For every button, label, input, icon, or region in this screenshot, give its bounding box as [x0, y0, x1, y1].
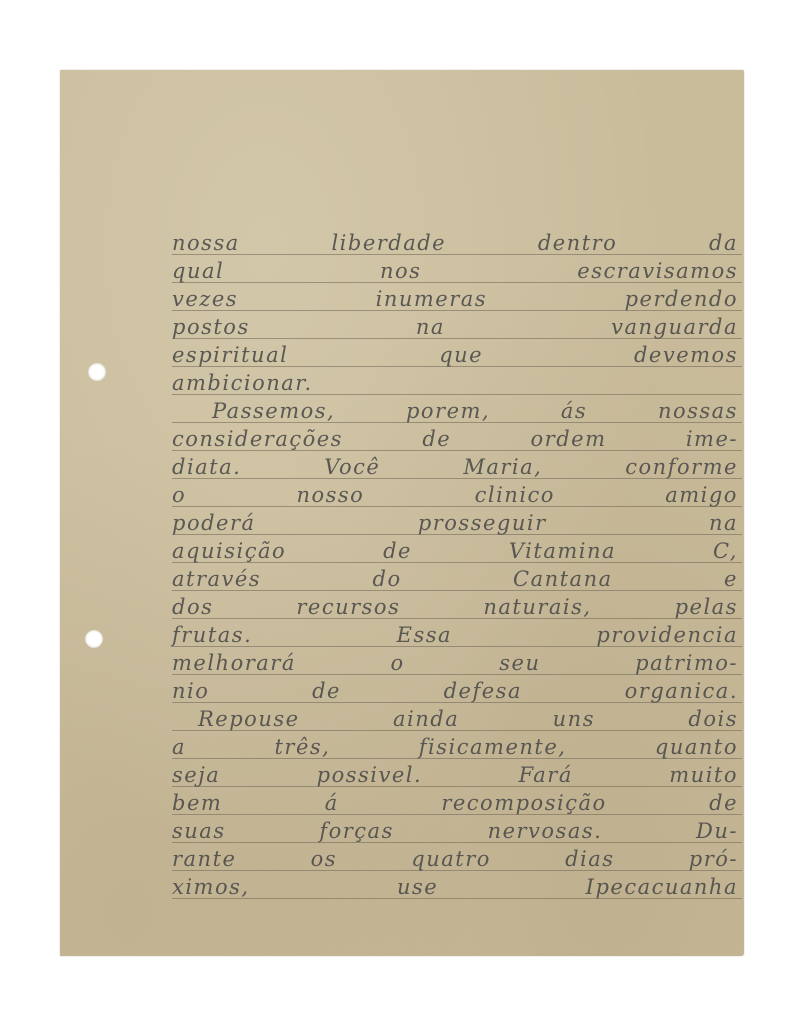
handwritten-word: Du- [696, 817, 738, 845]
handwritten-word: diata. [172, 453, 241, 481]
handwritten-word: nossa [172, 229, 240, 257]
handwritten-word: pelas [675, 593, 738, 621]
handwritten-word: Repouse [198, 705, 300, 733]
handwritten-line: atrês,fisicamente,quanto [172, 733, 742, 761]
handwritten-line: Passemos,porem,ásnossas [172, 397, 742, 425]
handwritten-word: use [397, 873, 438, 901]
handwritten-line: frutas.Essaprovidencia [172, 621, 742, 649]
handwritten-word: Essa [397, 621, 452, 649]
handwritten-word: uns [553, 705, 595, 733]
handwritten-line: atravésdoCantanae [172, 565, 742, 593]
handwritten-word: forças [319, 817, 394, 845]
handwritten-line: suasforçasnervosas.Du- [172, 817, 742, 845]
handwritten-line: ximos,useIpecacuanha [172, 873, 742, 901]
handwritten-word: possivel. [317, 761, 423, 789]
handwritten-word: muito [669, 761, 738, 789]
handwritten-word: Maria, [463, 453, 542, 481]
handwritten-word: da [709, 229, 738, 257]
handwritten-word: na [416, 313, 445, 341]
handwritten-word: ainda [393, 705, 459, 733]
handwritten-word: através [172, 565, 261, 593]
punch-hole-top [88, 363, 106, 381]
handwritten-word: prosseguir [418, 509, 547, 537]
handwritten-word: espiritual [172, 341, 288, 369]
handwritten-word: a [172, 733, 186, 761]
handwritten-word: Fará [519, 761, 573, 789]
handwritten-line: melhoraráoseupatrimo- [172, 649, 742, 677]
handwritten-word: ime- [686, 425, 738, 453]
handwritten-line: bemárecomposiçãode [172, 789, 742, 817]
handwritten-word: que [439, 341, 483, 369]
handwritten-word: clinico [475, 481, 555, 509]
handwritten-word: defesa [444, 677, 522, 705]
handwritten-word: providencia [596, 621, 738, 649]
handwritten-word: o [390, 649, 404, 677]
handwritten-line: sejapossivel.Farámuito [172, 761, 742, 789]
handwritten-word: nosso [296, 481, 364, 509]
handwritten-word: C, [713, 537, 738, 565]
handwritten-word: postos [172, 313, 250, 341]
handwritten-word: bem [172, 789, 222, 817]
handwritten-word: liberdade [331, 229, 446, 257]
handwritten-word: inumeras [376, 285, 487, 313]
handwritten-word: considerações [172, 425, 343, 453]
handwritten-word: de [422, 425, 451, 453]
handwritten-word: os [311, 845, 337, 873]
handwritten-word: do [373, 565, 402, 593]
handwritten-line: ambicionar. [172, 369, 742, 397]
handwritten-line: qualnosescravisamos [172, 257, 742, 285]
handwritten-word: qual [172, 257, 224, 285]
handwritten-word: ambicionar. [172, 369, 313, 397]
handwritten-word: de [383, 537, 412, 565]
handwritten-line: consideraçõesdeordemime- [172, 425, 742, 453]
handwritten-word: seu [499, 649, 540, 677]
handwritten-word: á [325, 789, 339, 817]
handwritten-line: poderáprosseguirna [172, 509, 742, 537]
handwritten-word: nervosas. [488, 817, 603, 845]
handwritten-word: na [709, 509, 738, 537]
handwritten-word: conforme [625, 453, 738, 481]
handwritten-word: ximos, [172, 873, 250, 901]
handwritten-word: vezes [172, 285, 238, 313]
handwritten-word: frutas. [172, 621, 252, 649]
handwritten-line: Repouseaindaunsdois [172, 705, 742, 733]
handwritten-word: porem, [406, 397, 490, 425]
handwritten-word: fisicamente, [419, 733, 567, 761]
handwritten-word: organica. [625, 677, 738, 705]
handwritten-word: recursos [296, 593, 400, 621]
handwritten-word: suas [172, 817, 226, 845]
handwritten-line: vezesinumerasperdendo [172, 285, 742, 313]
handwritten-word: nos [380, 257, 421, 285]
handwritten-word: dos [172, 593, 213, 621]
handwritten-word: Passemos, [212, 397, 335, 425]
handwritten-word: patrimo- [635, 649, 738, 677]
punch-hole-bottom [85, 630, 103, 648]
handwritten-word: e [724, 565, 738, 593]
handwritten-word: ordem [531, 425, 607, 453]
handwritten-word: devemos [634, 341, 738, 369]
handwritten-word: Cantana [513, 565, 613, 593]
handwritten-word: dois [688, 705, 738, 733]
handwritten-word: pró- [689, 845, 738, 873]
handwritten-line: espiritualquedevemos [172, 341, 742, 369]
handwritten-word: Vitamina [509, 537, 616, 565]
handwritten-word: perdendo [625, 285, 738, 313]
handwritten-line: dosrecursosnaturais,pelas [172, 593, 742, 621]
handwritten-word: quanto [655, 733, 738, 761]
handwritten-word: recomposição [441, 789, 606, 817]
handwritten-line: nossaliberdadedentroda [172, 229, 742, 257]
handwritten-word: Você [324, 453, 380, 481]
handwritten-line: postosnavanguarda [172, 313, 742, 341]
handwritten-line: diata.VocêMaria,conforme [172, 453, 742, 481]
handwritten-word: o [172, 481, 186, 509]
handwritten-line: aquisiçãodeVitaminaC, [172, 537, 742, 565]
handwritten-word: ás [561, 397, 587, 425]
handwritten-word: Ipecacuanha [586, 873, 738, 901]
handwritten-word: nio [172, 677, 209, 705]
handwritten-word: naturais, [483, 593, 591, 621]
handwritten-line: niodedefesaorganica. [172, 677, 742, 705]
handwritten-word: dentro [538, 229, 618, 257]
handwritten-word: de [709, 789, 738, 817]
handwritten-word: poderá [172, 509, 256, 537]
handwritten-word: nossas [658, 397, 738, 425]
handwritten-line: ranteosquatrodiaspró- [172, 845, 742, 873]
handwritten-line: onossoclinicoamigo [172, 481, 742, 509]
handwritten-word: rante [172, 845, 236, 873]
handwritten-word: seja [172, 761, 220, 789]
handwritten-word: vanguarda [611, 313, 738, 341]
handwritten-word: aquisição [172, 537, 286, 565]
handwritten-word: quatro [411, 845, 491, 873]
handwritten-word: melhorará [172, 649, 296, 677]
handwritten-word: dias [565, 845, 614, 873]
handwritten-word: três, [274, 733, 330, 761]
handwritten-word: de [312, 677, 341, 705]
handwritten-word: escravisamos [577, 257, 738, 285]
handwritten-word: amigo [665, 481, 738, 509]
